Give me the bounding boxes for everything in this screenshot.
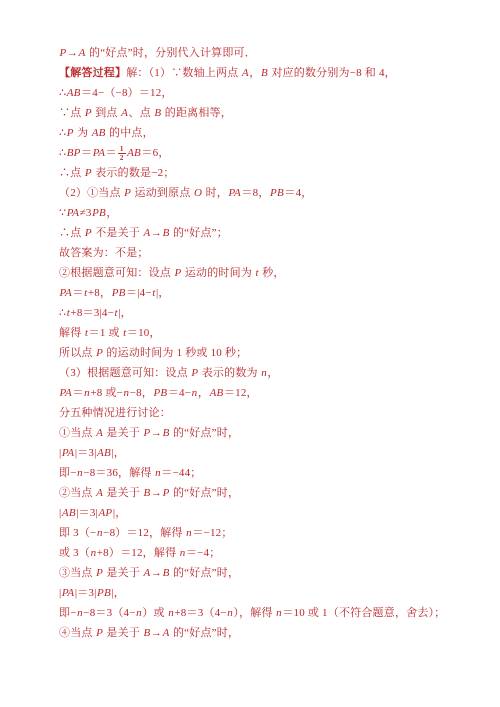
math-variable: n — [123, 387, 130, 399]
text-line: （3）根据题意可知：设点 P 表示的数为 n， — [59, 363, 489, 383]
text-line: ④当点 P 是关于 B→A 的“好点”时， — [59, 623, 489, 643]
math-variable: PA — [59, 287, 72, 299]
math-variable: BP — [66, 147, 81, 159]
text-segment: −8＝3（4− — [83, 607, 135, 619]
math-variable: PA — [66, 207, 79, 219]
text-segment: ＝1 或 — [89, 327, 123, 339]
text-segment: 的距离相等， — [162, 107, 232, 119]
math-variable: AB — [66, 87, 81, 99]
math-variable: B — [143, 487, 151, 499]
text-segment: ＝ — [81, 147, 92, 159]
document-body: P→A 的“好点”时，分别代入计算即可．【解答过程】解：（1）∵数轴上两点 A，… — [59, 43, 489, 643]
page: P→A 的“好点”时，分别代入计算即可．【解答过程】解：（1）∵数轴上两点 A，… — [0, 0, 500, 707]
text-segment: |， — [156, 287, 170, 299]
text-segment: 故答案为：不是； — [59, 247, 149, 259]
math-variable: PA — [61, 587, 74, 599]
math-variable: AP — [98, 507, 113, 519]
text-segment: 的运动时间为 1 秒或 10 秒； — [103, 347, 247, 359]
text-segment: → — [151, 427, 162, 439]
text-segment: 对应的数分别为−8 和 4， — [268, 67, 395, 79]
text-line: ②根据题意可知：设点 P 运动的时间为 t 秒， — [59, 263, 489, 283]
text-line: ②当点 A 是关于 B→P 的“好点”时， — [59, 483, 489, 503]
text-segment: 是关于 — [103, 427, 143, 439]
text-segment: ＝−12； — [192, 527, 232, 539]
text-line: ∴t+8＝3|4−t|， — [59, 303, 489, 323]
text-line: ∴点 P 表示的数是−2； — [59, 163, 489, 183]
text-segment: ①当点 — [59, 427, 96, 439]
math-variable: B — [143, 627, 151, 639]
text-line: 【解答过程】解：（1）∵数轴上两点 A，B 对应的数分别为−8 和 4， — [59, 63, 489, 83]
text-segment: 即− — [59, 467, 77, 479]
math-variable: A — [121, 107, 129, 119]
text-line: P→A 的“好点”时，分别代入计算即可． — [59, 43, 489, 63]
text-segment: |， — [118, 307, 132, 319]
text-segment: 的“好点”时， — [170, 627, 239, 639]
text-line: ∴AB＝4−（−8）＝12， — [59, 83, 489, 103]
text-segment: 、点 — [129, 107, 154, 119]
math-variable: PA — [59, 387, 72, 399]
text-line: ∴点 P 不是关于 A→B 的“好点”； — [59, 223, 489, 243]
text-segment: （3）根据题意可知：设点 — [59, 367, 191, 379]
text-line: 或 3（n+8）＝12，解得 n＝−4； — [59, 543, 489, 563]
text-segment: ＝ — [106, 147, 117, 159]
text-segment: 分五种情况进行讨论： — [59, 407, 171, 419]
math-variable: PB — [153, 387, 168, 399]
text-segment: ， — [249, 67, 260, 79]
math-variable: A — [143, 227, 151, 239]
text-line: PA＝t+8，PB＝|4−t|， — [59, 283, 489, 303]
text-segment: +8）＝12，解得 — [97, 547, 179, 559]
text-segment: ， — [267, 367, 278, 379]
math-variable: n — [179, 547, 186, 559]
math-variable: P — [191, 367, 199, 379]
text-segment: ④当点 — [59, 627, 96, 639]
math-variable: PB — [270, 187, 285, 199]
text-segment: ②当点 — [59, 487, 96, 499]
text-segment: ∴点 — [59, 227, 84, 239]
math-variable: B — [162, 427, 170, 439]
text-line: 即−n−8＝3（4−n）或 n+8＝3（4−n），解得 n＝10 或 1（不符合… — [59, 603, 489, 623]
text-segment: |＝3| — [76, 507, 98, 519]
text-segment: 即− — [59, 607, 77, 619]
text-segment: ＝4− — [168, 387, 191, 399]
text-segment: 的“好点”时， — [170, 487, 239, 499]
text-segment: ＝−44； — [161, 467, 201, 479]
fraction: 12 — [118, 145, 126, 162]
math-variable: P — [174, 267, 182, 279]
text-line: ∴BP＝PA＝12AB＝6， — [59, 143, 489, 163]
text-segment: 的“好点”时， — [170, 567, 239, 579]
text-segment: ＝12， — [224, 387, 258, 399]
text-segment: +8 或− — [90, 387, 123, 399]
text-line: ③当点 P 是关于 A→B 的“好点”时， — [59, 563, 489, 583]
text-segment: 是关于 — [103, 627, 143, 639]
math-variable: O — [193, 187, 202, 199]
text-segment: 是关于 — [103, 567, 143, 579]
text-segment: ， — [106, 207, 117, 219]
math-variable: A — [143, 567, 151, 579]
text-segment: 表示的数为 — [199, 367, 261, 379]
text-segment: ②根据题意可知：设点 — [59, 267, 174, 279]
text-segment: 秒， — [259, 267, 284, 279]
math-variable: P — [59, 47, 67, 59]
math-variable: B — [154, 107, 162, 119]
text-segment: |， — [111, 587, 125, 599]
text-segment: ＝10， — [127, 327, 161, 339]
text-segment: 是关于 — [103, 487, 143, 499]
text-segment: +8， — [88, 287, 111, 299]
text-segment: 运动的时间为 — [182, 267, 255, 279]
text-segment: 的中点， — [106, 127, 154, 139]
math-variable: B — [162, 227, 170, 239]
text-segment: 为 — [74, 127, 91, 139]
text-segment: ， — [198, 387, 209, 399]
text-segment: ∴点 — [59, 167, 84, 179]
text-segment: ＝4， — [284, 187, 312, 199]
text-line: |PA|＝3|AB|， — [59, 443, 489, 463]
text-segment: ∵点 — [59, 107, 84, 119]
text-segment: ），解得 — [233, 607, 275, 619]
text-line: 所以点 P 的运动时间为 1 秒或 10 秒； — [59, 343, 489, 363]
text-segment: ＝ — [72, 387, 83, 399]
math-variable: PB — [92, 207, 107, 219]
text-line: 分五种情况进行讨论： — [59, 403, 489, 423]
math-variable: PB — [97, 587, 112, 599]
text-segment: → — [151, 567, 162, 579]
text-line: 解得 t＝1 或 t＝10， — [59, 323, 489, 343]
math-variable: AB — [61, 507, 76, 519]
text-segment: ＝10 或 1（不符合题意，舍去）； — [282, 607, 445, 619]
math-variable: PA — [228, 187, 241, 199]
text-segment: ＝6， — [141, 147, 169, 159]
math-variable: AB — [97, 447, 112, 459]
math-variable: A — [78, 47, 86, 59]
text-line: ①当点 A 是关于 P→B 的“好点”时， — [59, 423, 489, 443]
text-segment: 或 3（ — [59, 547, 90, 559]
math-variable: AB — [127, 147, 142, 159]
text-segment: 表示的数是−2； — [92, 167, 174, 179]
math-variable: n — [191, 387, 198, 399]
text-segment: 运动到原点 — [132, 187, 194, 199]
text-segment: +8＝3|4− — [70, 307, 114, 319]
text-segment: +8＝3（4− — [174, 607, 226, 619]
math-variable: P — [162, 487, 170, 499]
text-segment: → — [151, 227, 162, 239]
math-variable: n — [90, 547, 97, 559]
text-segment: 时， — [203, 187, 228, 199]
text-segment: 解：（1）∵数轴上两点 — [126, 67, 241, 79]
text-segment: ＝|4− — [126, 287, 152, 299]
text-segment: |， — [113, 507, 127, 519]
text-segment: 的“好点”时， — [170, 427, 239, 439]
text-segment: ＝−4； — [186, 547, 221, 559]
math-variable: PB — [111, 287, 126, 299]
text-segment: ）或 — [142, 607, 167, 619]
math-variable: AB — [91, 127, 106, 139]
math-variable: P — [143, 427, 151, 439]
text-segment: 即 3（− — [59, 527, 96, 539]
text-segment: → — [151, 627, 162, 639]
math-variable: B — [162, 567, 170, 579]
text-segment: |＝3| — [75, 587, 97, 599]
text-line: 故答案为：不是； — [59, 243, 489, 263]
text-segment: 的“好点”； — [170, 227, 228, 239]
text-line: 即 3（−n−8）＝12，解得 n＝−12； — [59, 523, 489, 543]
text-segment: （2）①当点 — [59, 187, 124, 199]
text-line: PA＝n+8 或−n−8，PB＝4−n，AB＝12， — [59, 383, 489, 403]
text-line: |PA|＝3|PB|， — [59, 583, 489, 603]
text-segment: ＝8， — [241, 187, 269, 199]
text-segment: ＝ — [72, 287, 83, 299]
text-segment: → — [67, 47, 78, 59]
text-line: （2）①当点 P 运动到原点 O 时，PA＝8，PB＝4， — [59, 183, 489, 203]
math-variable: A — [162, 627, 170, 639]
math-variable: P — [124, 187, 132, 199]
text-segment: 所以点 — [59, 347, 96, 359]
text-segment: ③当点 — [59, 567, 96, 579]
text-segment: −8）＝12，解得 — [103, 527, 185, 539]
text-segment: → — [151, 487, 162, 499]
math-variable: AB — [209, 387, 224, 399]
text-segment: 到点 — [92, 107, 120, 119]
text-segment: −8＝36，解得 — [83, 467, 154, 479]
text-line: ∵PA≠3PB， — [59, 203, 489, 223]
text-segment: 不是关于 — [92, 227, 143, 239]
math-variable: PA — [92, 147, 105, 159]
text-line: 即−n−8＝36，解得 n＝−44； — [59, 463, 489, 483]
text-segment: ≠3 — [80, 207, 92, 219]
text-segment: ＝4−（−8）＝12， — [81, 87, 173, 99]
text-segment: 的“好点”时，分别代入计算即可． — [86, 47, 256, 59]
text-line: ∴P 为 AB 的中点， — [59, 123, 489, 143]
text-segment: |， — [111, 447, 125, 459]
text-line: ∵点 P 到点 A、点 B 的距离相等， — [59, 103, 489, 123]
text-segment: |＝3| — [75, 447, 97, 459]
text-segment: −8， — [130, 387, 153, 399]
math-variable: P — [66, 127, 74, 139]
answer-header-text: 【解答过程】 — [59, 67, 126, 79]
text-segment: 解得 — [59, 327, 84, 339]
math-variable: PA — [61, 447, 74, 459]
text-line: |AB|＝3|AP|， — [59, 503, 489, 523]
